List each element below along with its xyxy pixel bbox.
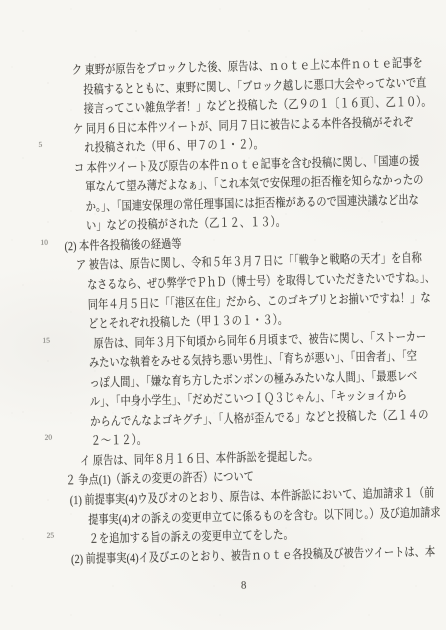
margin-line-number: 15: [42, 335, 58, 345]
page-content: ク 東野が原告をブロックした後、原告は、ｎｏｔｅ上に本件ｎｏｔｅ記事を 投稿する…: [0, 0, 446, 630]
margin-line-number: 25: [46, 530, 62, 540]
margin-line-number: 5: [38, 139, 54, 149]
margin-line-number: 10: [40, 237, 56, 247]
scanned-document-page: ク 東野が原告をブロックした後、原告は、ｎｏｔｅ上に本件ｎｏｔｅ記事を 投稿する…: [0, 0, 446, 630]
margin-line-number: 20: [44, 432, 60, 442]
page-number: 8: [236, 579, 252, 591]
